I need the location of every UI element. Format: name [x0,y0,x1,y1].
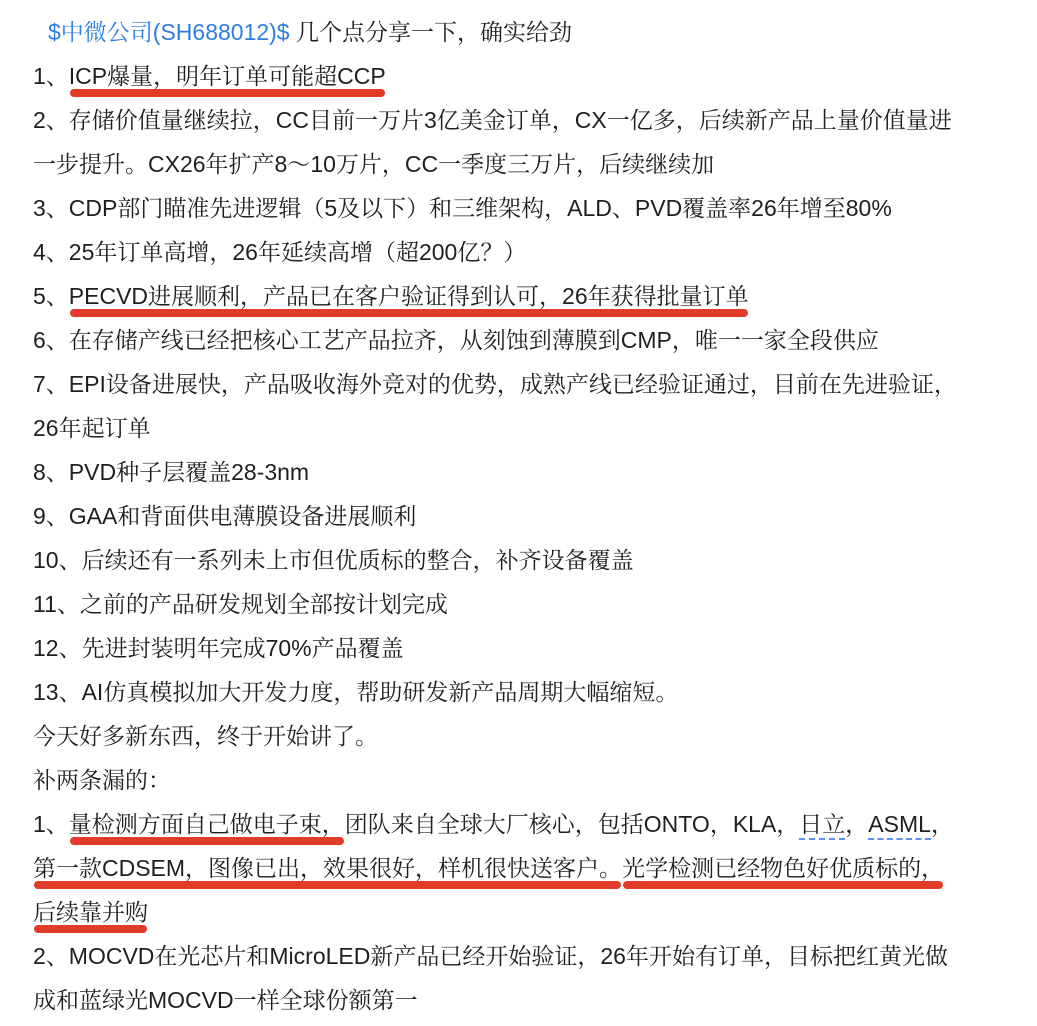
text-segment: 1、 [33,63,69,89]
point-4: 4、25年订单高增，26年延续高增（超200亿？） [33,230,1009,274]
post-title: $中微公司(SH688012)$ 几个点分享一下，确实给劲 [33,10,1009,54]
text-segment: 2、存储价值量继续拉，CC目前一万片3亿美金订单，CX一亿多，后续新产品上量价值… [33,107,952,133]
text-segment: 11、之前的产品研发规划全部按计划完成 [33,591,448,617]
point-9: 9、GAA和背面供电薄膜设备进展顺利 [33,494,1009,538]
supplement-2-line-1: 2、MOCVD在光芯片和MicroLED新产品已经开始验证，26年开始有订单，目… [33,934,1009,978]
text-segment: 成和蓝绿光MOCVD一样全球份额第一 [33,987,418,1013]
point-7-line-2: 26年起订单 [33,406,1009,450]
text-segment: 8、PVD种子层覆盖28-3nm [33,459,309,485]
red-underlined-text: PECVD进展顺利，产品已在客户验证得到认可，26年获得批量订单 [69,274,749,318]
point-6: 6、在存储产线已经把核心工艺产品拉齐，从刻蚀到薄膜到CMP，唯一一家全段供应 [33,318,1009,362]
red-underlined-text: ICP爆量，明年订单可能超CCP [69,54,386,98]
text-segment: 6、在存储产线已经把核心工艺产品拉齐，从刻蚀到薄膜到CMP，唯一一家全段供应 [33,327,879,353]
supplement-1-line-1: 1、量检测方面自己做电子束，团队来自全球大厂核心，包括ONTO，KLA，日立，A… [33,802,1009,846]
point-12: 12、先进封装明年完成70%产品覆盖 [33,626,1009,670]
post-body: $中微公司(SH688012)$ 几个点分享一下，确实给劲1、ICP爆量，明年订… [0,0,1037,1022]
remark-supplement: 补两条漏的： [33,758,1009,802]
point-8: 8、PVD种子层覆盖28-3nm [33,450,1009,494]
text-segment: 3、CDP部门瞄准先进逻辑（5及以下）和三维架构，ALD、PVD覆盖率26年增至… [33,195,892,221]
point-2-line-1: 2、存储价值量继续拉，CC目前一万片3亿美金订单，CX一亿多，后续新产品上量价值… [33,98,1009,142]
point-10: 10、后续还有一系列未上市但优质标的整合，补齐设备覆盖 [33,538,1009,582]
keyword-link[interactable]: ASML [868,811,931,840]
supplement-1-line-3: 后续靠并购 [33,890,1009,934]
supplement-1-line-2: 第一款CDSEM，图像已出，效果很好，样机很快送客户。光学检测已经物色好优质标的… [33,846,1009,890]
text-segment: 2、MOCVD在光芯片和MicroLED新产品已经开始验证，26年开始有订单，目… [33,943,948,969]
text-segment: 26年起订单 [33,415,151,441]
keyword-link[interactable]: 日立 [799,811,845,840]
text-segment: ， [931,811,954,837]
text-segment: 10、后续还有一系列未上市但优质标的整合，补齐设备覆盖 [33,547,634,573]
red-underlined-text: 量检测方面自己做电子束， [69,802,345,846]
text-segment: ， [845,811,868,837]
text-segment: 团队来自全球大厂核心，包括ONTO，KLA， [345,811,800,837]
text-segment: 4、25年订单高增，26年延续高增（超200亿？） [33,239,526,265]
text-segment: 1、 [33,811,69,837]
red-underlined-text: 第一款CDSEM，图像已出，效果很好，样机很快送客户。 [33,846,622,890]
remark-today: 今天好多新东西，终于开始讲了。 [33,714,1009,758]
point-5: 5、PECVD进展顺利，产品已在客户验证得到认可，26年获得批量订单 [33,274,1009,318]
text-segment: 7、EPI设备进展快，产品吸收海外竞对的优势，成熟产线已经验证通过，目前在先进验… [33,371,957,397]
text-segment: 几个点分享一下，确实给劲 [290,19,572,45]
point-11: 11、之前的产品研发规划全部按计划完成 [33,582,1009,626]
stock-link[interactable]: $中微公司(SH688012)$ [48,19,290,45]
point-3: 3、CDP部门瞄准先进逻辑（5及以下）和三维架构，ALD、PVD覆盖率26年增至… [33,186,1009,230]
text-segment: 12、先进封装明年完成70%产品覆盖 [33,635,404,661]
point-7-line-1: 7、EPI设备进展快，产品吸收海外竞对的优势，成熟产线已经验证通过，目前在先进验… [33,362,1009,406]
point-1: 1、ICP爆量，明年订单可能超CCP [33,54,1009,98]
text-segment: 13、AI仿真模拟加大开发力度，帮助研发新产品周期大幅缩短。 [33,679,678,705]
text-segment: 今天好多新东西，终于开始讲了。 [33,723,378,749]
point-13: 13、AI仿真模拟加大开发力度，帮助研发新产品周期大幅缩短。 [33,670,1009,714]
text-segment: 5、 [33,283,69,309]
red-underlined-text: 光学检测已经物色好优质标的， [622,846,944,890]
red-underlined-text: 后续靠并购 [33,890,148,934]
supplement-2-line-2: 成和蓝绿光MOCVD一样全球份额第一 [33,978,1009,1022]
text-segment: 一步提升。CX26年扩产8～10万片，CC一季度三万片，后续继续加 [33,151,714,177]
text-segment: 9、GAA和背面供电薄膜设备进展顺利 [33,503,416,529]
point-2-line-2: 一步提升。CX26年扩产8～10万片，CC一季度三万片，后续继续加 [33,142,1009,186]
text-segment: 补两条漏的： [33,767,171,793]
